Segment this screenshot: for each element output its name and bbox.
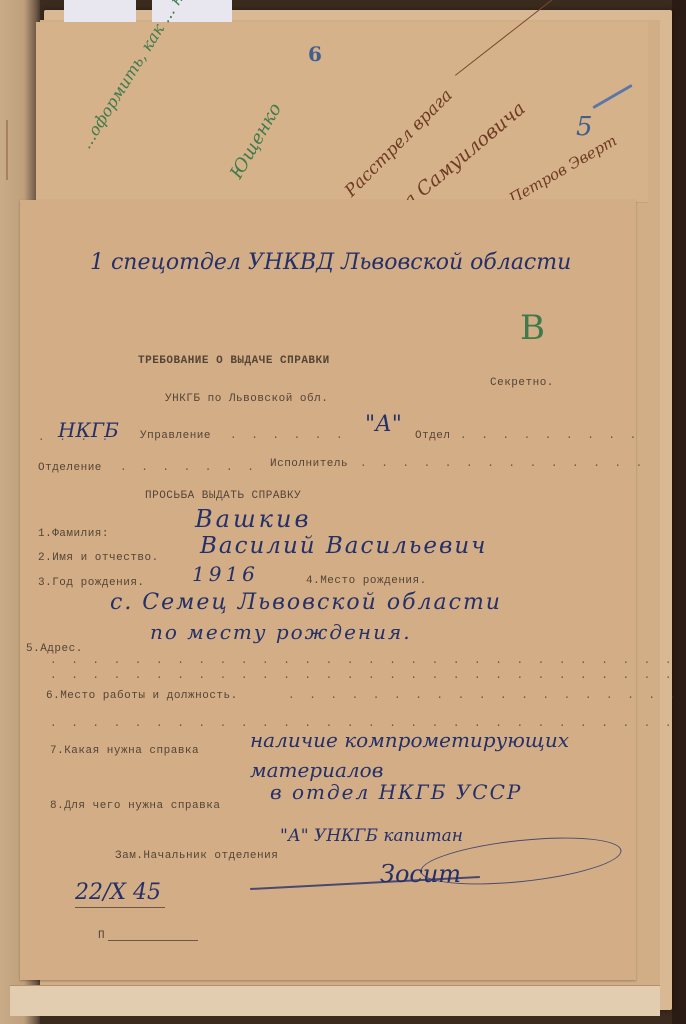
date: 22/X 45 [75,880,161,905]
corner-number: 5 [576,112,593,142]
field-6-label: 6.Место работы и должность. [46,690,238,702]
index-tab-1 [64,0,136,22]
category-mark: В [520,308,545,348]
signature-label: Зам.Начальник отделения [115,850,278,862]
dots: . . . . . . . . . . . . . . [360,458,646,470]
secrecy-mark: Секретно. [490,377,554,389]
page-number-mark: 6 [308,42,322,66]
section-label: Отдел [415,430,451,442]
signature-title: "А" УНКГБ капитан [280,825,463,847]
brown-signature: Петров Эверт [506,131,620,207]
field-2-value: Василий Васильевич [200,533,487,559]
field-3-value: 1916 [192,562,259,586]
dots: . . . . . . [230,430,347,442]
field-4-value: с. Семец Львовской области [110,590,502,615]
dots: . . . . . . . . . . . . . . . . . . . . … [50,670,686,682]
field-5-label: 5.Адрес. [26,643,83,655]
top-sheet-annotations: 6 ...оформить, как ... народа Ющенко Рас… [36,22,648,203]
department-label: Управление [140,430,211,442]
date-underline [75,907,165,908]
request-heading: Просьба выдать справку [145,490,301,502]
executor-label: Исполнитель [270,458,348,470]
field-1-value: Вашкив [195,505,311,533]
stamp-number: П [98,930,105,942]
field-3-label: 3.Год рождения. [38,577,145,589]
dots: . . . . . . . . . [460,430,640,442]
field-7-label: 7.Какая нужна справка [50,745,199,757]
green-note: ...оформить, как ... народа [76,0,213,152]
subsection-label: Отделение [38,462,102,474]
stamp-underline [108,940,198,941]
field-4-label: 4.Место рождения. [306,575,427,587]
field-8-label: 8.Для чего нужна справка [50,800,220,812]
field-8-value: в отдел НКГБ УССР [270,780,522,804]
field-2-label: 2.Имя и отчество. [38,552,159,564]
green-signature: Ющенко [226,100,286,183]
routing-note: 1 спецотдел УНКВД Львовской области [90,250,571,275]
dots: . . . . . . . . . . . . . . . . . . . . … [288,690,686,702]
field-5-value: по месту рождения. [150,620,412,644]
dots: . . . . . . . [120,462,258,474]
dots: . . . . . . . . . . . . . . . . . . . . … [50,655,686,667]
field-7-value: наличие компрометирующих материалов [250,725,590,785]
torn-bottom-strip [10,985,660,1016]
form-title: Требование о выдаче справки [138,355,330,367]
issuing-authority: УНКГБ по Львовской обл. [165,393,328,405]
field-1-label: 1.Фамилия: [38,528,109,540]
binder-marks [6,120,20,180]
right-edge-shadow [672,0,686,1024]
dots: . . . . [38,432,112,444]
section-value: "А" [365,412,402,437]
